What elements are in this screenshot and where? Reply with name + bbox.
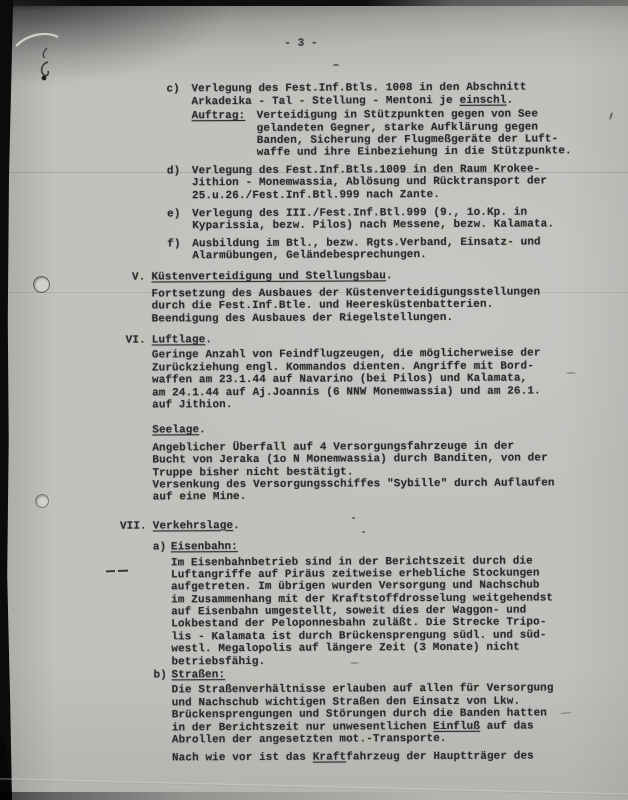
ink-speck (566, 372, 576, 374)
section-vi: VI.Luftlage. Geringe Anzahl von Feindflu… (0, 332, 628, 413)
section-heading: VI.Luftlage. (120, 332, 628, 347)
text-line: betriebsfähig. (171, 654, 628, 669)
section-title: Seelage (152, 425, 199, 437)
ink-speck (333, 64, 339, 66)
auftrag-label: Auftrag: (192, 110, 246, 122)
item-label: c) (166, 84, 191, 97)
section-heading: V.Küstenverteidigung und Stellungsbau. (119, 269, 627, 284)
section-vii: VII.Verkehrslage. a)Eisenbahn: Im Eisenb… (1, 518, 628, 748)
section-title: Küstenverteidigung und Stellungsbau (151, 271, 386, 284)
section-heading: Seelage. (152, 422, 628, 437)
subsection-a-eisenbahn: a)Eisenbahn: Im Eisenbahnbetrieb sind in… (1, 539, 628, 669)
section-title: Verkehrslage (153, 520, 233, 532)
section-title-period: . (386, 271, 393, 283)
page-number: - 3 - (284, 36, 626, 50)
item-text: Nach wie vor ist das (172, 752, 313, 765)
section-numeral: VI. (120, 335, 146, 348)
document-content: - 3 - c)Verlegung des Fest.Inf.Btls. 100… (0, 0, 628, 766)
auftrag-label-box: Auftrag: (192, 110, 257, 123)
hole-punch-bottom (35, 494, 49, 508)
text-line: waffe und ihre Einbeziehung in die Stütz… (257, 145, 627, 159)
underlined-word: Einfluß (433, 720, 480, 732)
text-line: Abrollen der angesetzten mot.-Transporte… (172, 732, 628, 747)
text-line: auf eine Mine. (153, 489, 628, 504)
item-text: Verteidigung in Stützpunkten gegen von S… (257, 109, 539, 122)
section-seelage: Seelage. Angeblicher Überfall auf 4 Vers… (0, 422, 628, 505)
item-text: auf das (480, 720, 534, 732)
scanned-document-page: - 3 - c)Verlegung des Fest.Inf.Btls. 100… (0, 0, 628, 800)
text-line: Arkadeika - Tal - Stellung - Mentoni je … (192, 94, 627, 109)
text-line: auf Jithion. (152, 397, 628, 412)
section-title-period: . (205, 334, 212, 346)
item-text: Arkadeika - Tal - Stellung - Mentoni je (192, 95, 460, 108)
item-label: f) (167, 238, 192, 251)
section-title: Luftlage (152, 334, 206, 346)
subsection-label: b) (154, 669, 172, 682)
subsection-title: Eisenbahn: (171, 541, 238, 553)
subsection-title: Straßen: (172, 669, 226, 681)
closing-line: Nach wie vor ist das Kraftfahrzeug der H… (172, 750, 628, 765)
item-text: fahrzeug der Hauptträger des (346, 751, 534, 764)
item-text: in der Berichtszeit nur unwesentlichen (172, 721, 433, 734)
pen-mark-dark (36, 46, 58, 86)
section-numeral: VII. (117, 520, 147, 533)
section-v: V.Küstenverteidigung und Stellungsbau. F… (0, 269, 628, 326)
subsection-label: a) (153, 542, 171, 555)
item-text: . (506, 94, 513, 106)
item-text: Ausbildung im Btl., bezw. Rgts.Verband, … (192, 236, 541, 250)
subsection-b-strassen: b)Straßen: Die Straßenverhältnisse erlau… (2, 667, 628, 748)
subsection-heading: b)Straßen: (154, 667, 628, 682)
underlined-word: Kraft (313, 752, 347, 764)
ink-speck (350, 662, 359, 664)
list-item-d: d)Verlegung des Fest.Inf.Btls.1009 in de… (0, 163, 627, 203)
subsection-heading: a)Eisenbahn: (153, 539, 628, 554)
scan-edge-bottom (0, 792, 628, 800)
item-label: e) (167, 208, 192, 221)
text-line: Kyparissia, bezw. Pilos) nach Messene, b… (192, 218, 627, 233)
underlined-word: einschl (460, 94, 507, 106)
auftrag-block: Auftrag:Verteidigung in Stützpunkten geg… (0, 108, 627, 161)
text-line: Beendigung des Ausbaues der Riegelstellu… (152, 311, 628, 326)
text-line: Alarmübungen, Geländebesprechungen. (192, 248, 627, 263)
section-title-period: . (199, 425, 206, 437)
text-line: 25.u.26./Fest.Inf.Btl.999 nach Zante. (192, 188, 627, 203)
section-title-period: . (233, 520, 240, 532)
section-numeral: V. (119, 272, 145, 285)
ink-speck (362, 531, 365, 533)
list-item-c: c)Verlegung des Fest.Inf.Btls. 1008 in d… (0, 81, 627, 161)
section-heading: VII.Verkehrslage. (117, 518, 628, 533)
ink-speck (352, 517, 355, 519)
hole-punch-top (33, 276, 50, 293)
item-label: d) (167, 165, 192, 178)
list-item-f: f)Ausbildung im Btl., bezw. Rgts.Verband… (0, 236, 627, 264)
list-item-e: e)Verlegung des III./Fest.Inf.Btl.999 (9… (0, 206, 627, 234)
